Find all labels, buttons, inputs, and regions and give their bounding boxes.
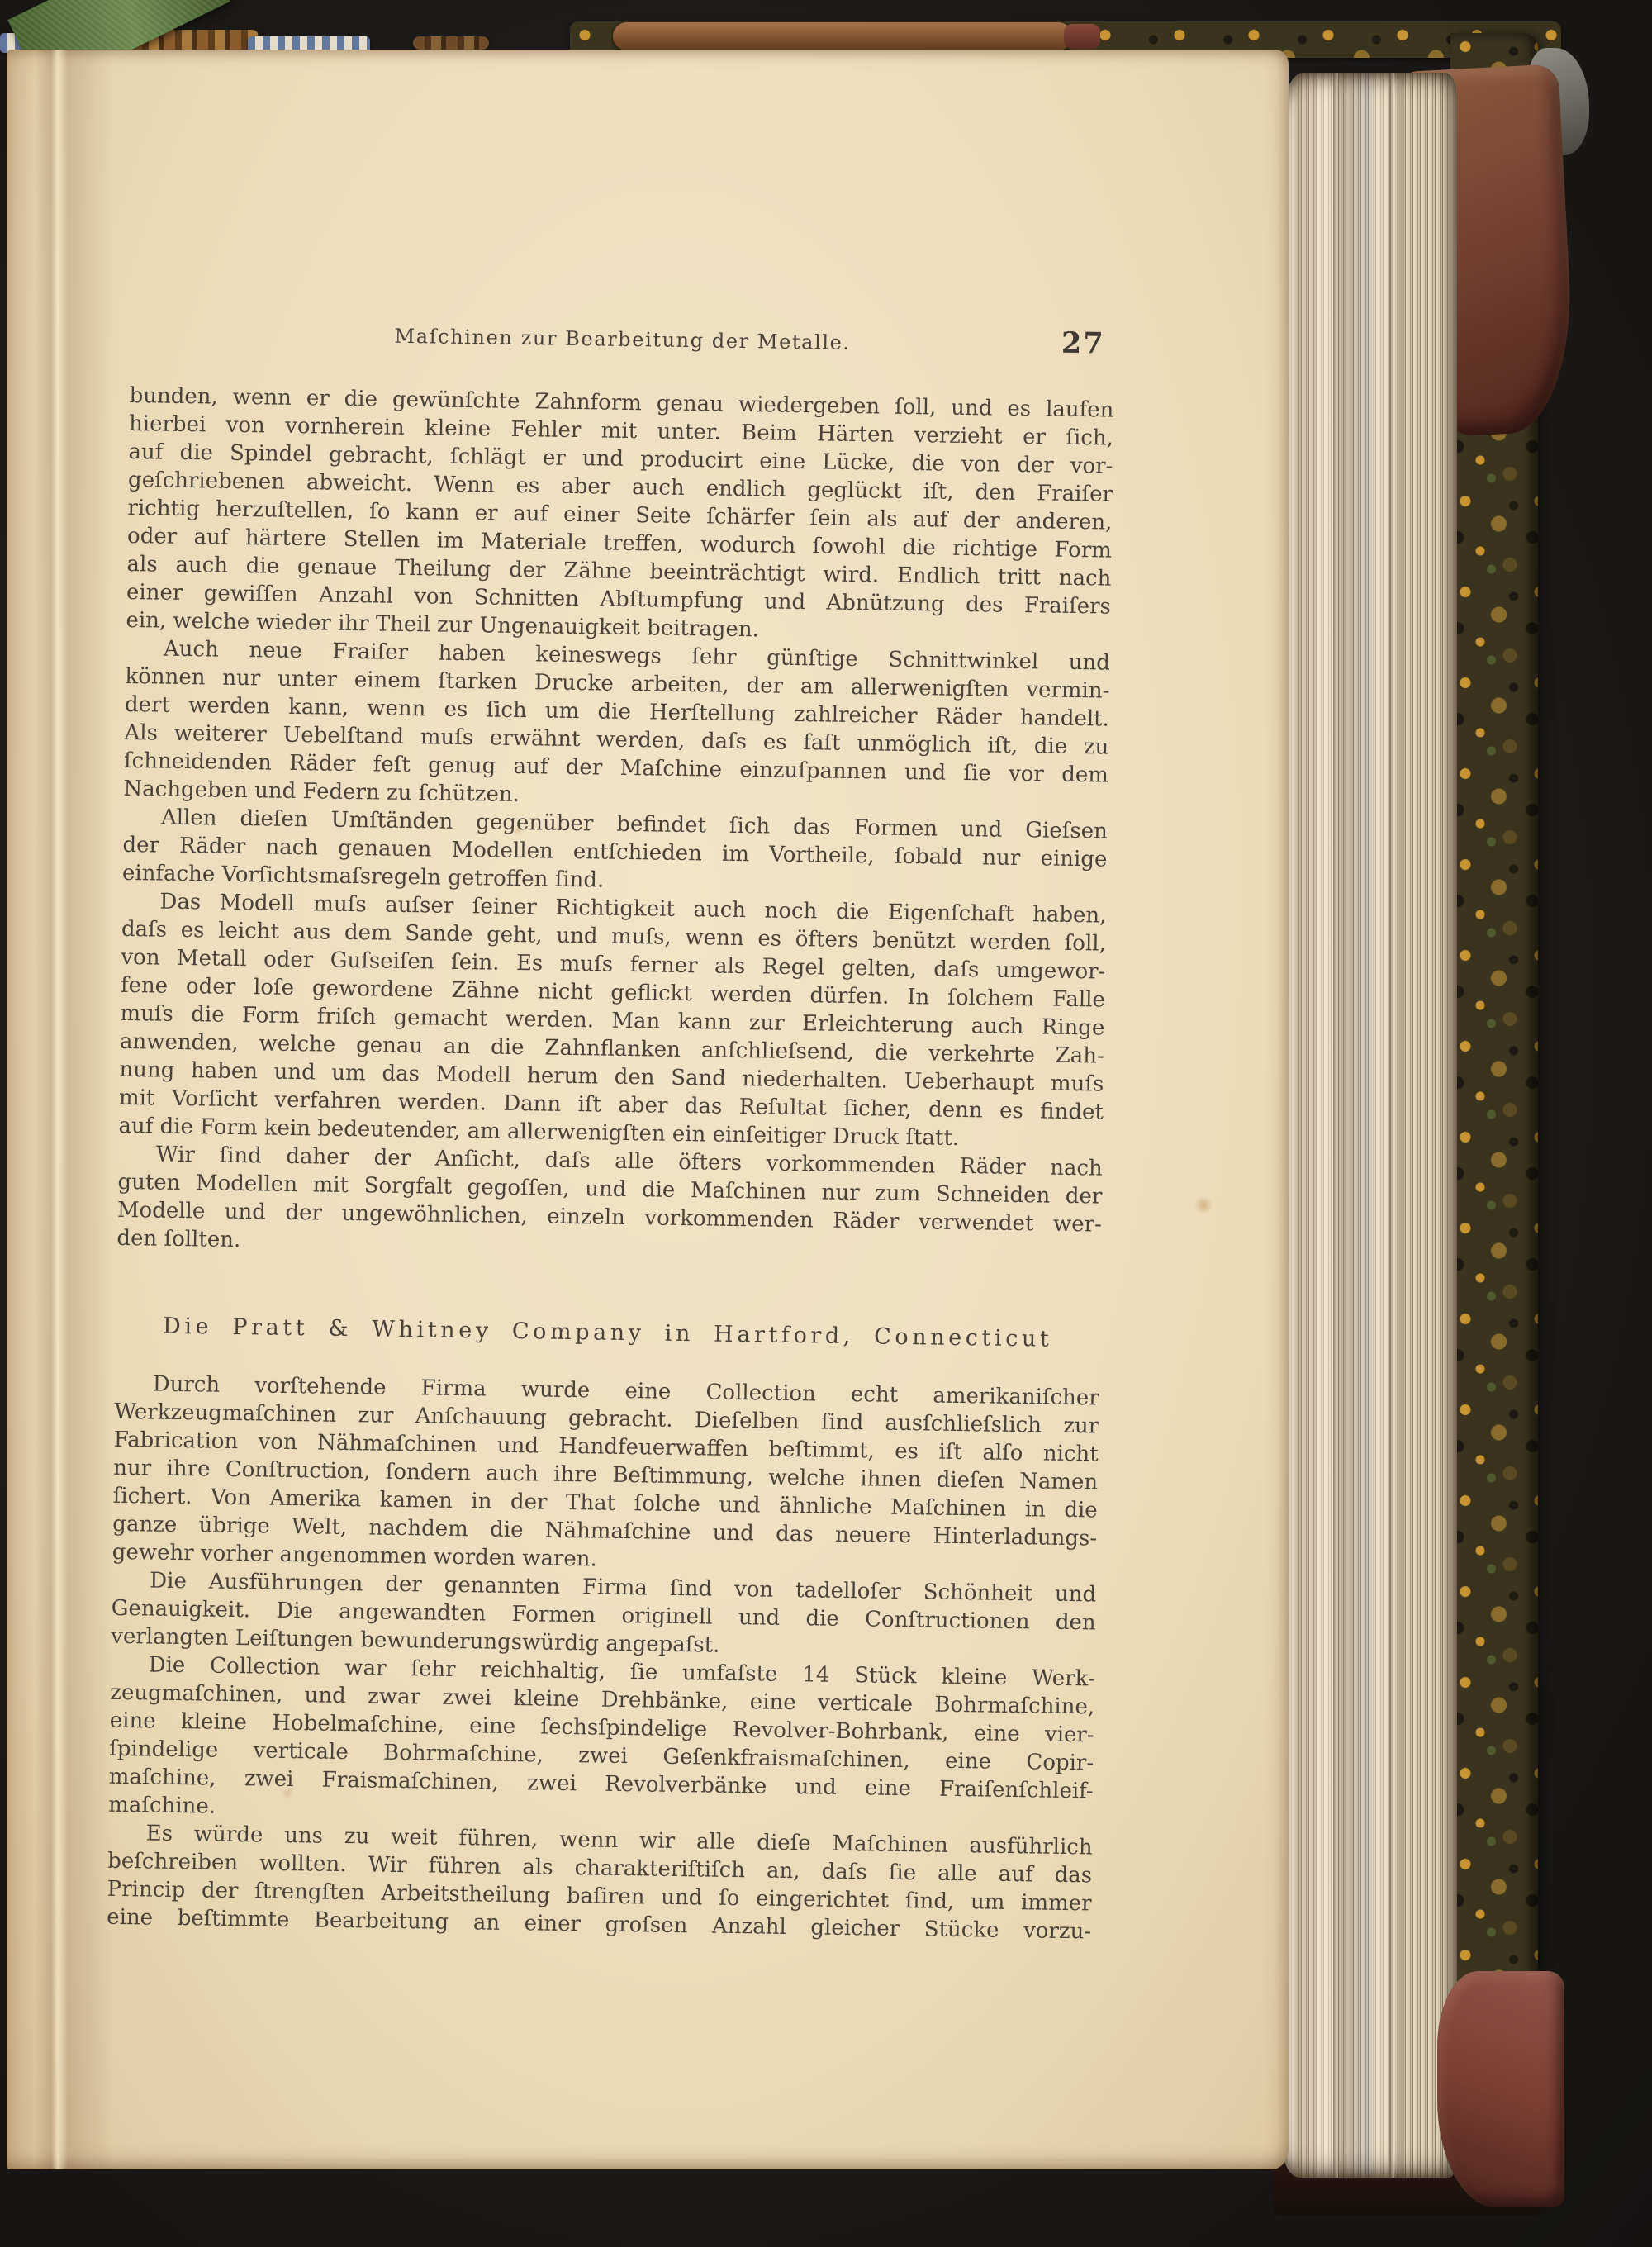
body-text: bunden, wenn er die gewünſchte Zahnform …: [107, 382, 1114, 1945]
running-head: Maſchinen zur Bearbeitung der Metalle. 2…: [130, 316, 1115, 367]
book-page: Maſchinen zur Bearbeitung der Metalle. 2…: [7, 50, 1289, 2169]
page-block-groove: [1389, 73, 1394, 2178]
foxing-spot: [1194, 1196, 1213, 1214]
paragraph: Wir ſind daher der Anſicht, daſs alle öf…: [116, 1140, 1103, 1267]
section-heading: Die Pratt & Whitney Company in Hartford,…: [116, 1311, 1100, 1356]
book-photo: Maſchinen zur Bearbeitung der Metalle. 2…: [0, 0, 1652, 2247]
paragraph: bunden, wenn er die gewünſchte Zahnform …: [126, 382, 1113, 649]
fore-edge-page-stack: [1282, 73, 1457, 2178]
paragraph: Es würde uns zu weit führen, wenn wir al…: [107, 1819, 1093, 1946]
page-block-groove: [1333, 73, 1338, 2178]
running-title: Maſchinen zur Bearbeitung der Metalle.: [130, 321, 1114, 359]
paragraph: Auch neue Fraiſer haben keineswegs ſehr …: [123, 634, 1110, 818]
cover-top-roll: [613, 22, 1072, 50]
spine-top-leather-fleck: [413, 36, 489, 50]
paragraph: Durch vorſtehende Firma wurde eine Colle…: [112, 1370, 1099, 1581]
text-block: Maſchinen zur Bearbeitung der Metalle. 2…: [107, 316, 1115, 1945]
paragraph: Das Modell muſs auſser ſeiner Richtigkei…: [118, 887, 1106, 1155]
paragraph: Allen dieſen Umſtänden gegenüber befinde…: [122, 803, 1108, 902]
paragraph: Die Collection war ſehr reichhaltig, ſie…: [108, 1651, 1095, 1834]
page-number: 27: [1061, 326, 1105, 361]
paragraph: Die Ausführungen der genannten Firma ſin…: [111, 1566, 1096, 1665]
leather-corner-bottom-right: [1437, 1971, 1564, 2207]
